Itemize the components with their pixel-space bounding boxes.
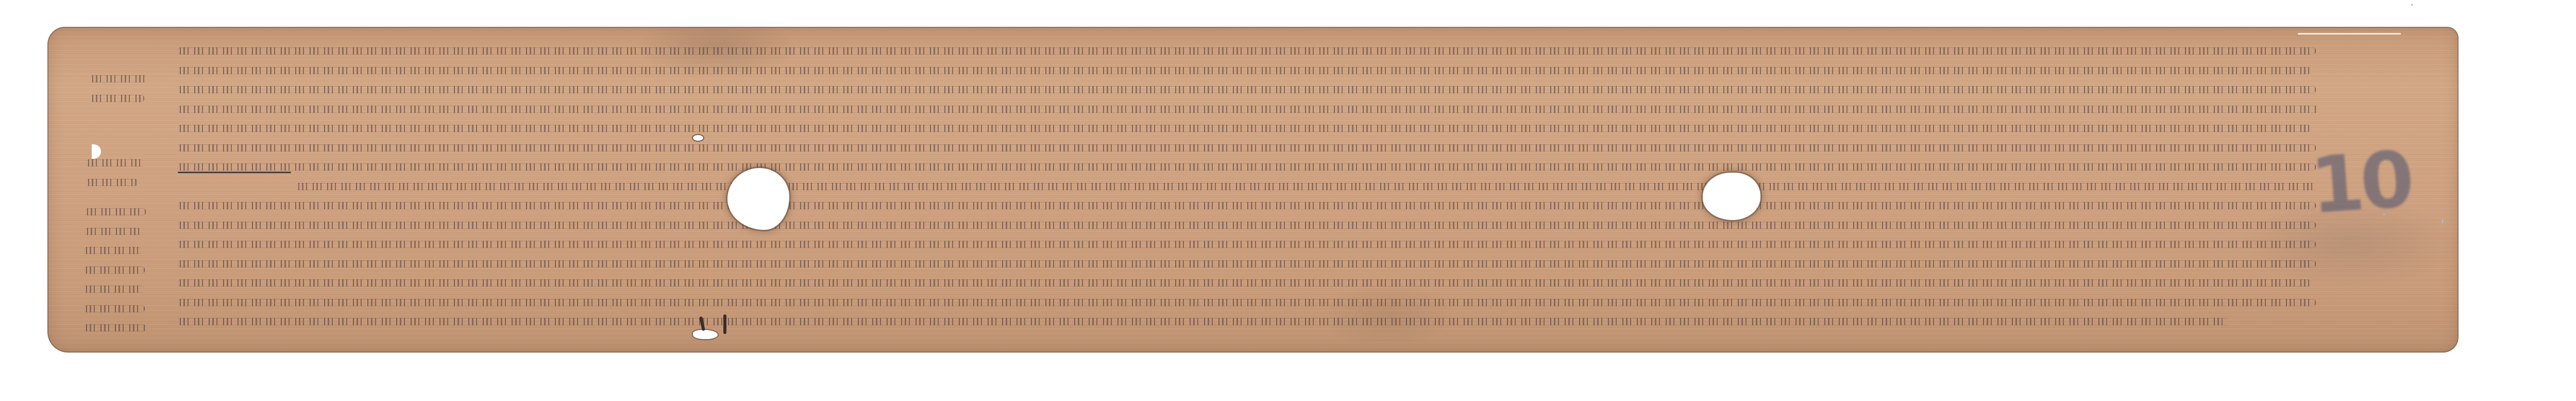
margin-note-line	[75, 221, 152, 240]
text-line	[178, 176, 2321, 195]
text-line	[178, 60, 2321, 79]
margin-notes	[75, 68, 152, 336]
text-line	[178, 311, 2321, 330]
margin-note-line	[75, 152, 152, 172]
margin-note-line	[75, 317, 152, 337]
margin-note-line	[75, 201, 152, 221]
text-line	[178, 98, 2321, 118]
text-line	[178, 118, 2321, 137]
text-line	[178, 195, 2321, 214]
margin-note-line	[75, 240, 152, 259]
scan-speck	[2442, 219, 2443, 223]
binding-hole-right	[1703, 173, 1760, 220]
text-line	[178, 40, 2321, 60]
section-divider	[178, 172, 291, 173]
text-line	[178, 79, 2321, 98]
leaf-number-marking: 10	[2308, 135, 2413, 231]
text-line	[178, 253, 2321, 273]
ink-stroke	[723, 314, 726, 334]
text-line	[178, 214, 2321, 234]
edge-split	[2298, 33, 2401, 35]
margin-note-line	[75, 88, 152, 107]
margin-note-group	[75, 68, 152, 107]
scan-speck	[2411, 4, 2413, 6]
margin-note-line	[75, 259, 152, 279]
margin-note-line	[75, 68, 152, 88]
text-line	[178, 233, 2321, 253]
text-line	[178, 272, 2321, 292]
margin-note-line	[75, 298, 152, 318]
text-line	[178, 292, 2321, 311]
margin-note-group	[75, 152, 152, 191]
pin-hole	[693, 135, 703, 141]
margin-note-line	[75, 278, 152, 298]
manuscript-text-body	[178, 40, 2321, 334]
tear-damage	[693, 330, 718, 339]
text-line	[178, 137, 2321, 157]
margin-note-group	[75, 201, 152, 337]
margin-note-line	[75, 172, 152, 191]
scan-speck	[2383, 214, 2385, 215]
text-line	[178, 156, 2321, 176]
